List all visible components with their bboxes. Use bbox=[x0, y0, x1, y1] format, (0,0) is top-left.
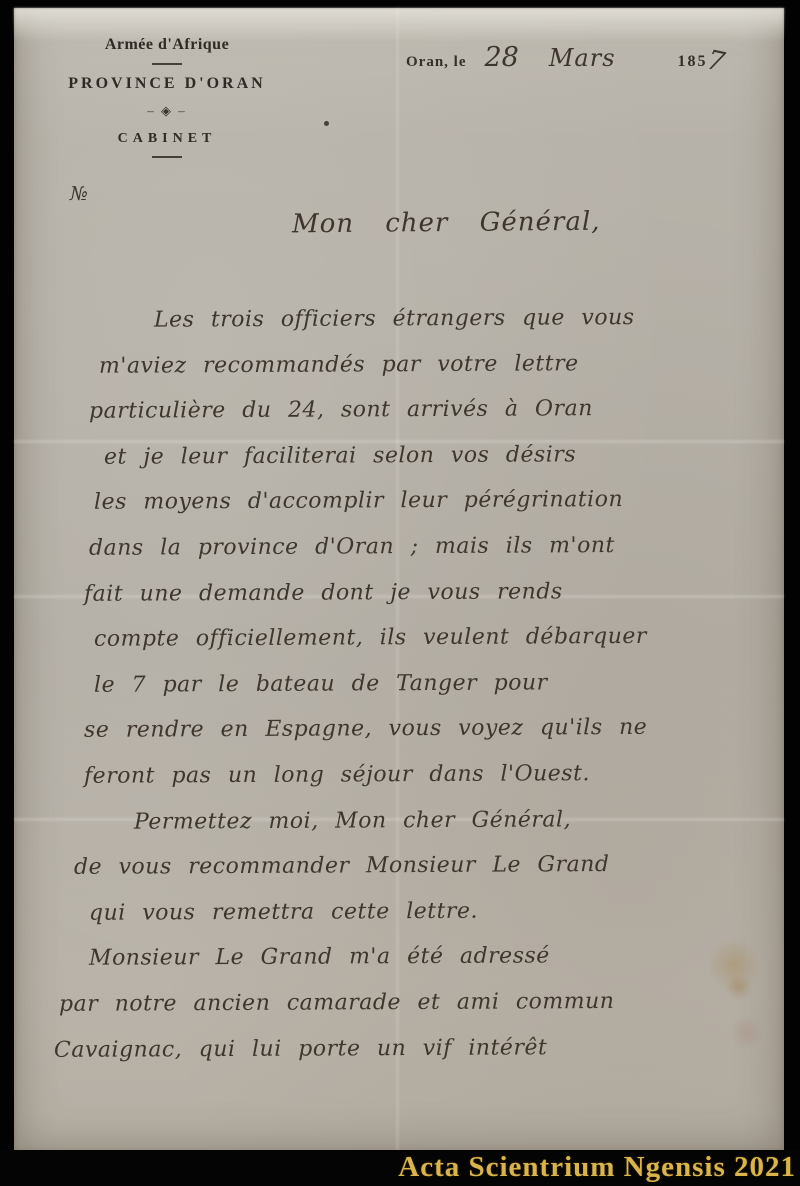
body-line: le 7 par le bateau de Tanger pour bbox=[94, 659, 774, 708]
fleuron-ornament: – ◈ – bbox=[42, 103, 292, 119]
photo-frame: Armée d'Afrique PROVINCE D'ORAN – ◈ – CA… bbox=[0, 0, 800, 1186]
body-line: Monsieur Le Grand m'a été adressé bbox=[89, 933, 774, 982]
watermark-text: Acta Scientrium Ngensis 2021 bbox=[398, 1151, 796, 1184]
body-line: fait une demande dont je vous rends bbox=[84, 568, 774, 617]
body-line: Cavaignac, qui lui porte un vif intérêt bbox=[54, 1024, 774, 1073]
body-line: Les trois officiers étrangers que vous bbox=[154, 294, 774, 343]
ink-speck bbox=[324, 121, 329, 126]
body-line: compte officiellement, ils veulent débar… bbox=[94, 613, 774, 662]
divider-rule bbox=[152, 63, 182, 65]
numero-mark: № bbox=[70, 183, 88, 205]
body-line: particulière du 24, sont arrivés à Oran bbox=[89, 385, 774, 434]
dateline-day-handwritten: 28 bbox=[485, 42, 519, 73]
body-line: et je leur faciliterai selon vos désirs bbox=[104, 431, 774, 480]
province-line: PROVINCE D'ORAN bbox=[42, 75, 292, 93]
letterhead: Armée d'Afrique PROVINCE D'ORAN – ◈ – CA… bbox=[42, 36, 292, 168]
body-line: se rendre en Espagne, vous voyez qu'ils … bbox=[84, 705, 774, 754]
body-line: qui vous remettra cette lettre. bbox=[89, 887, 774, 936]
dateline-year-printed: 185 bbox=[678, 53, 708, 70]
dateline: Oran, le 28 Mars 1857 bbox=[406, 42, 776, 73]
body-line: dans la province d'Oran ; mais ils m'ont bbox=[89, 522, 774, 571]
body-line: les moyens d'accomplir leur pérégrinatio… bbox=[94, 477, 774, 526]
body-line: de vous recommander Monsieur Le Grand bbox=[74, 841, 774, 890]
dateline-place-printed: Oran, le bbox=[406, 54, 467, 70]
body-line: par notre ancien camarade et ami commun bbox=[59, 978, 774, 1027]
army-line: Armée d'Afrique bbox=[42, 36, 292, 54]
body-line: Permettez moi, Mon cher Général, bbox=[134, 796, 774, 845]
salutation: Mon cher Général, bbox=[292, 207, 601, 240]
letter-paper: Armée d'Afrique PROVINCE D'ORAN – ◈ – CA… bbox=[14, 8, 784, 1152]
body-line: m'aviez recommandés par votre lettre bbox=[99, 340, 774, 389]
divider-rule bbox=[152, 156, 182, 158]
letter-body: Les trois officiers étrangers que vous m… bbox=[14, 296, 774, 1071]
body-line: feront pas un long séjour dans l'Ouest. bbox=[84, 750, 774, 799]
dateline-month-handwritten: Mars bbox=[549, 44, 616, 72]
dateline-year-digit-handwritten: 7 bbox=[704, 44, 727, 78]
cabinet-line: CABINET bbox=[42, 131, 292, 147]
